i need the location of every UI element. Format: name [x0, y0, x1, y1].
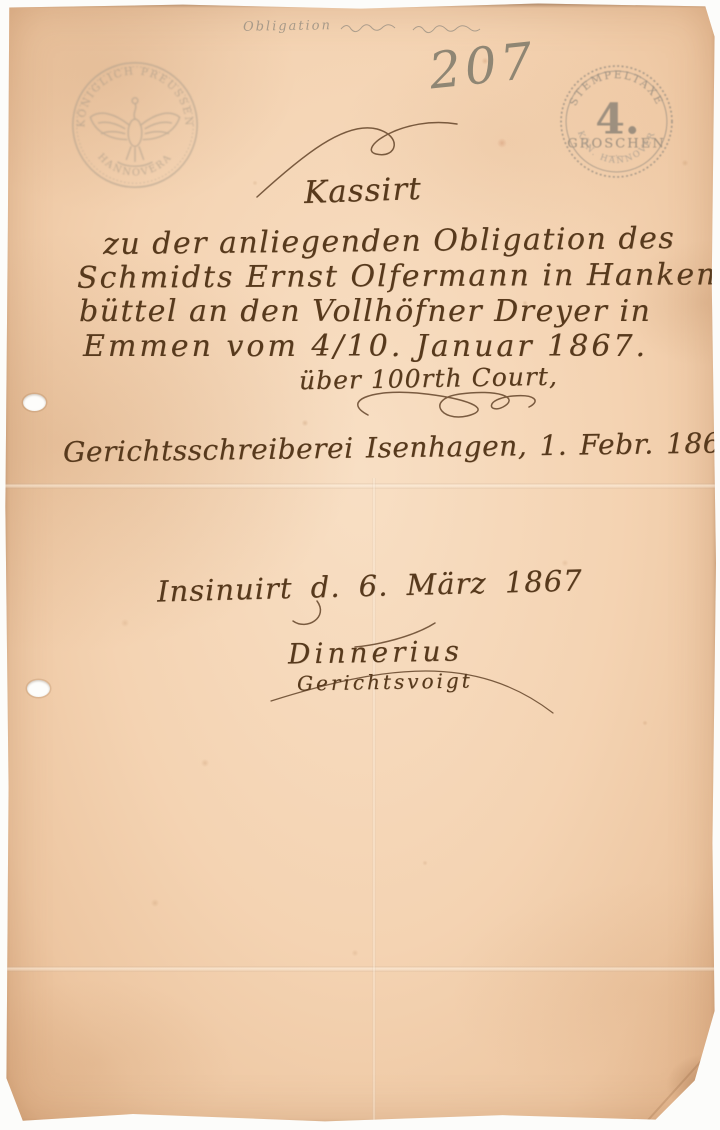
- fold-crease-horizontal: [5, 483, 716, 489]
- punch-hole: [27, 680, 50, 697]
- body-line-1: zu der anliegenden Obligation des: [103, 221, 676, 262]
- fold-crease-horizontal: [5, 966, 716, 972]
- corner-crease: [644, 1034, 716, 1123]
- body-line-2: Schmidts Ernst Olfermann in Hanken-: [77, 257, 716, 295]
- body-line-4: Emmen vom 4/10. Januar 1867.: [83, 329, 648, 364]
- pencil-annotation: Obligation: [243, 18, 332, 35]
- signature-title: Gerichtsvoigt: [297, 668, 473, 695]
- embossed-eagle-seal: KÖNIGLICH PREUSSEN HANNOVERA: [67, 57, 203, 193]
- body-line-3: büttel an den Vollhöfner Dreyer in: [79, 294, 651, 329]
- punch-hole: [23, 394, 46, 411]
- heading-kassirt: Kassirt: [303, 171, 422, 211]
- seal-arc-top-text: KÖNIGLICH PREUSSEN: [74, 66, 194, 127]
- signature-name: Dinnerius: [288, 634, 463, 670]
- amount-line: über 100rth Court,: [299, 362, 558, 396]
- scanned-document-page: KÖNIGLICH PREUSSEN HANNOVERA: [0, 0, 720, 1130]
- revenue-stamp-4-groschen: STEMPELTAXE 4. GROSCHEN —·— KÖN. HANNOVE…: [556, 61, 677, 182]
- archive-number: 207: [426, 32, 539, 101]
- svg-text:KÖNIGLICH PREUSSEN: KÖNIGLICH PREUSSEN: [74, 66, 194, 127]
- office-date-line: Gerichtsschreiberei Isenhagen, 1. Febr. …: [63, 426, 716, 468]
- registration-line: Insinuirt d. 6. März 1867: [157, 563, 583, 608]
- pencil-illegible-scribble: [5, 3, 716, 63]
- paper-top-edge-shadow: [5, 3, 716, 8]
- paper-sheet: KÖNIGLICH PREUSSEN HANNOVERA: [5, 3, 716, 1123]
